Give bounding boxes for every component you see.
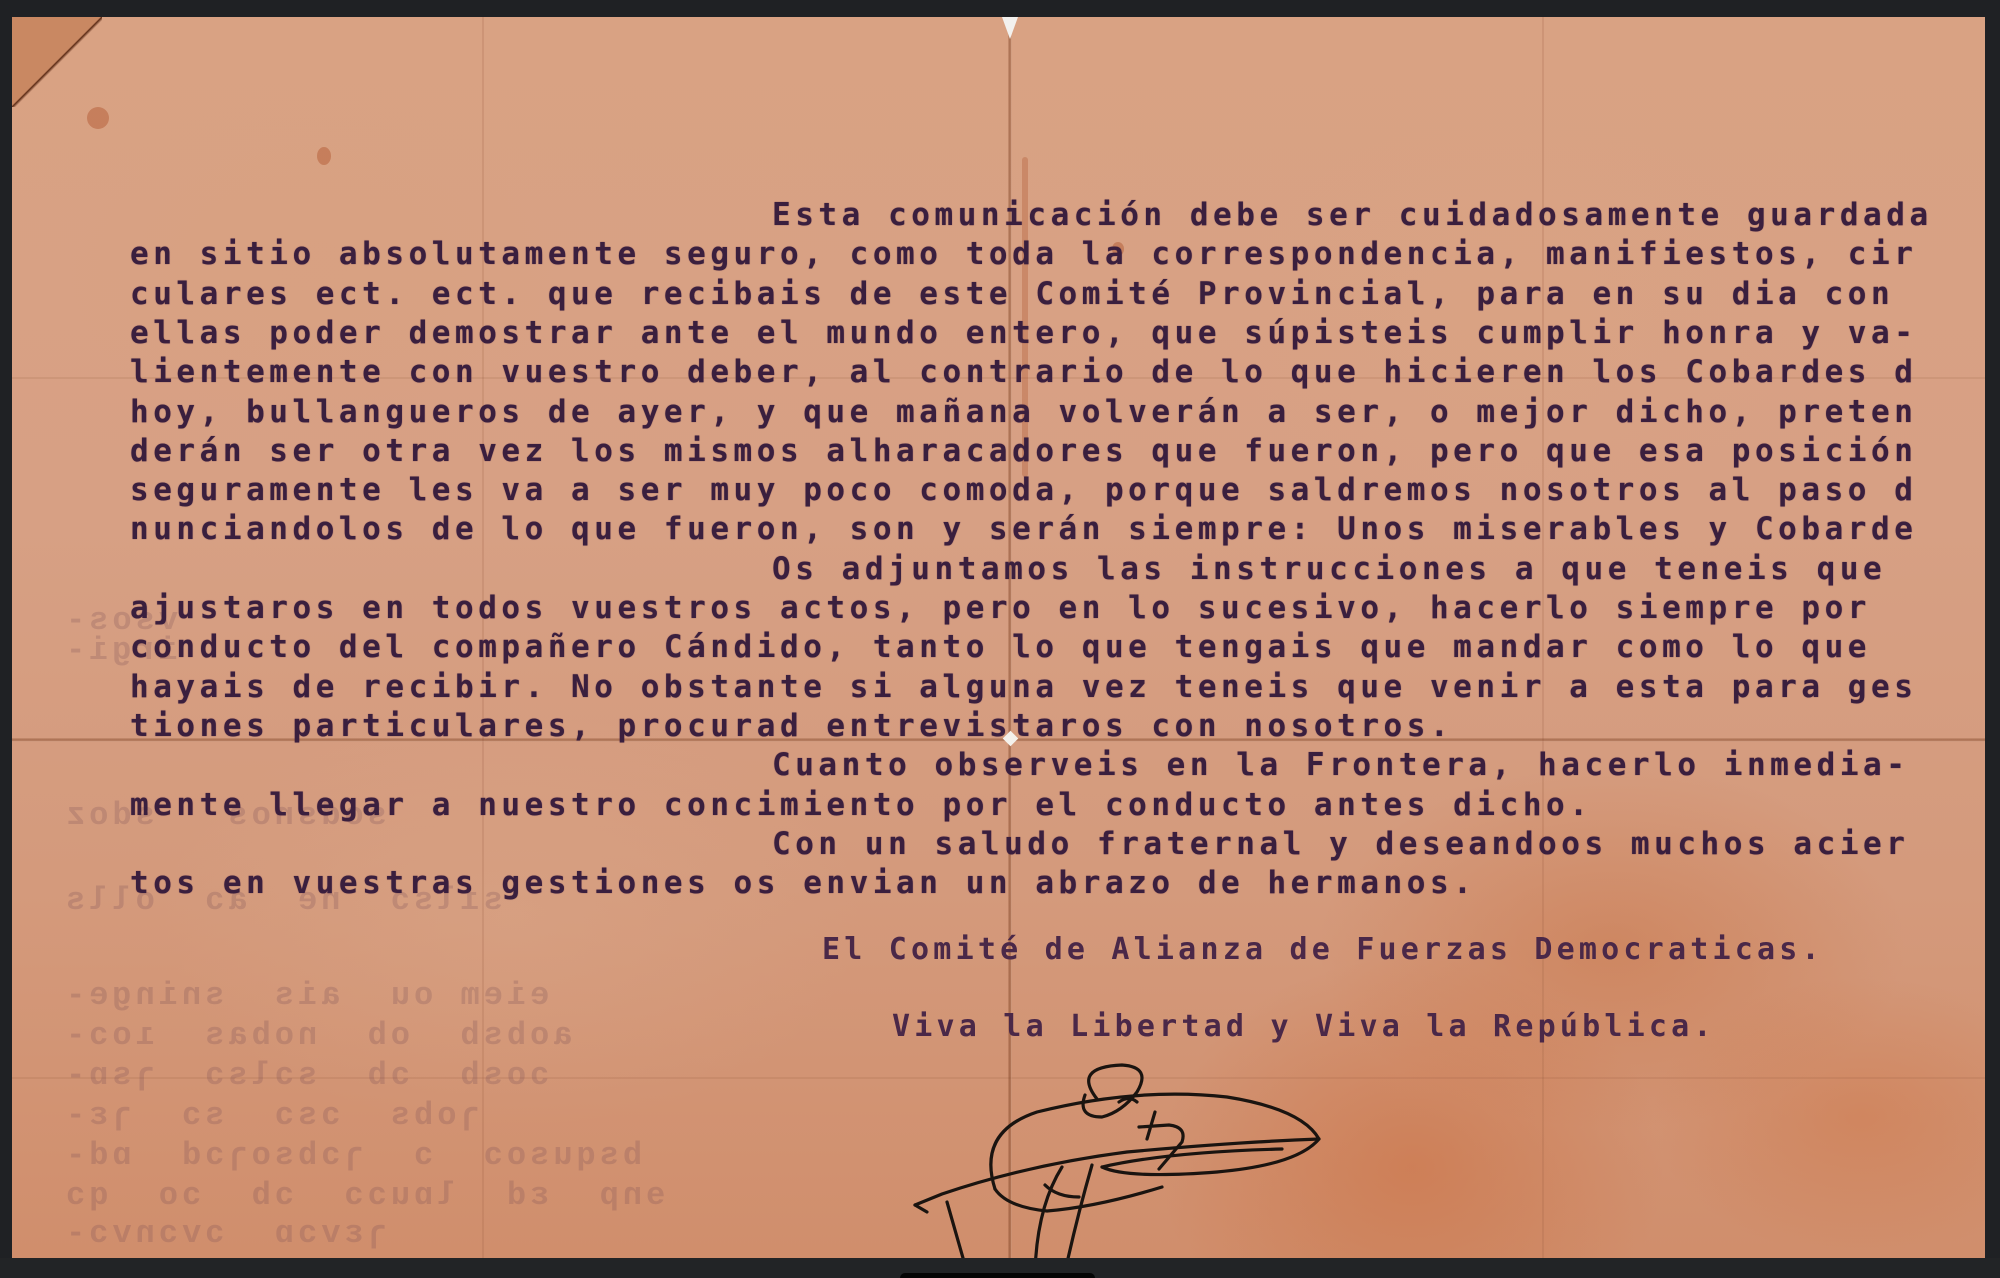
body-line: ajustaros en todos vuestros actos, pero … xyxy=(130,593,1871,624)
paragraph-first-line: Cuanto observeis en la Frontera, hacerlo… xyxy=(772,750,1909,781)
handwritten-signature xyxy=(907,1057,1367,1258)
body-line: ellas poder demostrar ante el mundo ente… xyxy=(130,318,1917,349)
body-line: culares ect. ect. que recibais de este C… xyxy=(130,279,1894,310)
motto-line: Viva la Libertad y Viva la República. xyxy=(892,1012,1716,1042)
paragraph-first-line: Os adjuntamos las instrucciones a que te… xyxy=(772,554,1886,585)
signatory-line: El Comité de Alianza de Fuerzas Democrat… xyxy=(822,935,1824,965)
body-line: tiones particulares, procurad entrevista… xyxy=(130,711,1453,742)
body-line: hayais de recibir. No obstante si alguna… xyxy=(130,672,1917,703)
paragraph-first-line: Con un saludo fraternal y deseandoos muc… xyxy=(772,829,1909,860)
paragraph-first-line: Esta comunicación debe ser cuidadosament… xyxy=(772,200,1933,231)
body-line: seguramente les va a ser muy poco comoda… xyxy=(130,475,1917,506)
body-line: en sitio absolutamente seguro, como toda… xyxy=(130,239,1917,270)
letter-paper: vsos- irgi- sodsnos sdoz sılsɔ ne aɔ oll… xyxy=(12,17,1985,1258)
body-line: lientemente con vuestro deber, al contra… xyxy=(130,357,1917,388)
body-line: tos en vuestras gestiones os envian un a… xyxy=(130,868,1476,899)
body-line: mente llegar a nuestro concimiento por e… xyxy=(130,790,1592,821)
body-line: conducto del compañero Cándido, tanto lo… xyxy=(130,632,1871,663)
body-line: derán ser otra vez los mismos alharacado… xyxy=(130,436,1917,467)
body-line: nunciandolos de lo que fueron, son y ser… xyxy=(130,514,1917,545)
body-line: hoy, bullangueros de ayer, y que mañana … xyxy=(130,397,1917,428)
viewer-scroll-indicator[interactable] xyxy=(900,1273,1095,1278)
